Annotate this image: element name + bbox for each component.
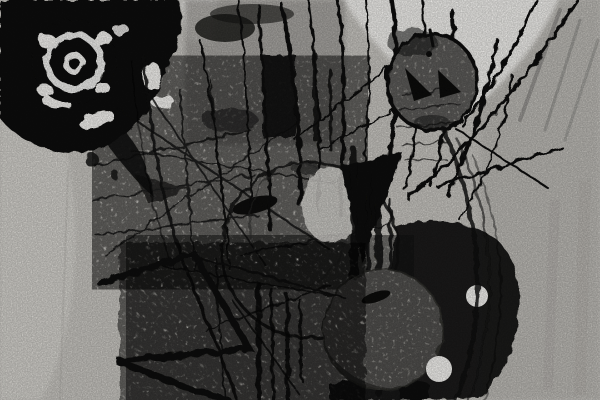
paper-grain <box>0 0 600 400</box>
artwork-canvas <box>0 0 600 400</box>
abstract-ink-painting <box>0 0 600 400</box>
